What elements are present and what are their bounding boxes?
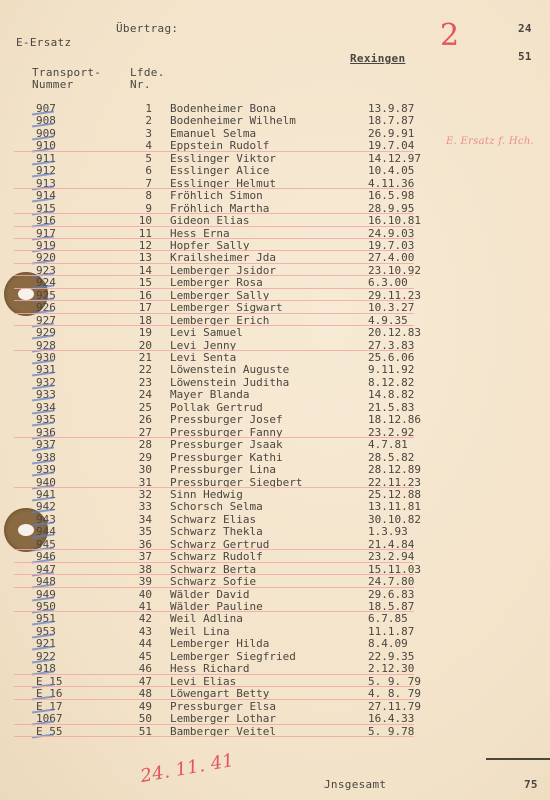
row-number: 8 <box>136 189 152 202</box>
person-name: Pressburger Lina <box>170 463 276 476</box>
section-label: E-Ersatz <box>16 36 71 49</box>
row-number: 35 <box>136 525 152 538</box>
list-row: 93930Pressburger Lina28.12.89 <box>0 463 550 475</box>
list-row: 92245Lemberger Siegfried22.9.35 <box>0 650 550 662</box>
list-row: 93223Löwenstein Juditha8.12.82 <box>0 376 550 388</box>
person-name: Pressburger Jsaak <box>170 438 283 451</box>
birth-date: 16.5.98 <box>368 189 414 202</box>
person-name: Mayer Blanda <box>170 388 249 401</box>
row-number: 25 <box>136 401 152 414</box>
ruled-line <box>14 736 414 737</box>
birth-date: 13.9.87 <box>368 102 414 115</box>
list-row: 9071Bodenheimer Bona13.9.87 <box>0 102 550 114</box>
birth-date: 25.6.06 <box>368 351 414 364</box>
birth-date: 1.3.93 <box>368 525 408 538</box>
carry-label: Übertrag: <box>116 22 178 35</box>
list-row: 93021Levi Senta25.6.06 <box>0 351 550 363</box>
person-name: Pressburger Kathi <box>170 451 283 464</box>
person-name: Lemberger Hilda <box>170 637 269 650</box>
person-name: Pollak Gertrud <box>170 401 263 414</box>
row-number: 45 <box>136 650 152 663</box>
birth-date: 18.12.86 <box>368 413 421 426</box>
list-row: 94132Sinn Hedwig25.12.88 <box>0 488 550 500</box>
birth-date: 14.8.82 <box>368 388 414 401</box>
list-row: 9115Esslinger Viktor14.12.97 <box>0 152 550 164</box>
birth-date: 21.5.83 <box>368 401 414 414</box>
birth-date: 20.12.83 <box>368 326 421 339</box>
row-number: 5 <box>136 152 152 165</box>
place-title: Rexingen <box>350 52 405 65</box>
row-number: 21 <box>136 351 152 364</box>
birth-date: 13.11.81 <box>368 500 421 513</box>
row-number: 1 <box>136 102 152 115</box>
person-name: Fröhlich Simon <box>170 189 263 202</box>
header-transport-number-line2: Nummer <box>32 78 74 91</box>
list-row: 92919Levi Samuel20.12.83 <box>0 326 550 338</box>
person-name: Levi Samuel <box>170 326 243 339</box>
row-number: 42 <box>136 612 152 625</box>
total-label: Jnsgesamt <box>324 778 386 791</box>
list-row: 94233Schorsch Selma13.11.81 <box>0 500 550 512</box>
person-name: Pressburger Elsa <box>170 700 276 713</box>
person-name: Esslinger Alice <box>170 164 269 177</box>
row-number: 26 <box>136 413 152 426</box>
row-number: 43 <box>136 625 152 638</box>
person-name: Löwenstein Juditha <box>170 376 289 389</box>
document-page: Übertrag: 24 E-Ersatz 2 Rexingen 51 E. E… <box>0 0 550 800</box>
birth-date: 29.6.83 <box>368 588 414 601</box>
total-value: 75 <box>524 778 538 791</box>
birth-date: 9.11.92 <box>368 363 414 376</box>
list-row: E 1749Pressburger Elsa27.11.79 <box>0 700 550 712</box>
person-name: Schorsch Selma <box>170 500 263 513</box>
birth-date: 11.1.87 <box>368 625 414 638</box>
row-number: 40 <box>136 588 152 601</box>
total-rule <box>486 758 550 760</box>
page-marker: 2 <box>440 18 459 53</box>
list-row: 94435Schwarz Thekla1.3.93 <box>0 525 550 537</box>
birth-date: 26.9.91 <box>368 127 414 140</box>
person-name: Wälder David <box>170 588 249 601</box>
row-number: 19 <box>136 326 152 339</box>
person-name: Emanuel Selma <box>170 127 256 140</box>
row-number: 24 <box>136 388 152 401</box>
place-count: 51 <box>518 50 532 63</box>
row-number: 22 <box>136 363 152 376</box>
birth-date: 6.7.85 <box>368 612 408 625</box>
list-row: 93829Pressburger Kathi28.5.82 <box>0 451 550 463</box>
list-row: 93122Löwenstein Auguste9.11.92 <box>0 363 550 375</box>
row-number: 3 <box>136 127 152 140</box>
person-name: Schwarz Thekla <box>170 525 263 538</box>
row-number: 29 <box>136 451 152 464</box>
row-number: 28 <box>136 438 152 451</box>
list-row: 93526Pressburger Josef18.12.86 <box>0 413 550 425</box>
row-number: 32 <box>136 488 152 501</box>
list-row: 95343Weil Lina11.1.87 <box>0 625 550 637</box>
list-row: 94940Wälder David29.6.83 <box>0 588 550 600</box>
handwritten-date: 24. 11. 41 <box>139 750 236 787</box>
birth-date: 25.12.88 <box>368 488 421 501</box>
birth-date: 8.4.09 <box>368 637 408 650</box>
birth-date: 10.4.05 <box>368 164 414 177</box>
person-name: Sinn Hedwig <box>170 488 243 501</box>
list-row: 9126Esslinger Alice10.4.05 <box>0 164 550 176</box>
person-name: Weil Lina <box>170 625 230 638</box>
row-number: 30 <box>136 463 152 476</box>
birth-date: 22.9.35 <box>368 650 414 663</box>
birth-date: 18.7.87 <box>368 114 414 127</box>
birth-date: 30.10.82 <box>368 513 421 526</box>
person-name: Weil Adlina <box>170 612 243 625</box>
list-row: 95142Weil Adlina6.7.85 <box>0 612 550 624</box>
birth-date: 28.5.82 <box>368 451 414 464</box>
person-name: Esslinger Viktor <box>170 152 276 165</box>
carry-value: 24 <box>518 22 532 35</box>
row-number: 23 <box>136 376 152 389</box>
person-name: Bodenheimer Bona <box>170 102 276 115</box>
person-name: Levi Senta <box>170 351 236 364</box>
row-number: 34 <box>136 513 152 526</box>
row-number: 6 <box>136 164 152 177</box>
birth-date: 28.12.89 <box>368 463 421 476</box>
list-row: 9148Fröhlich Simon16.5.98 <box>0 189 550 201</box>
row-number: 44 <box>136 637 152 650</box>
person-name: Schwarz Elias <box>170 513 256 526</box>
list-row: 93425Pollak Gertrud21.5.83 <box>0 401 550 413</box>
list-row: 9093Emanuel Selma26.9.91 <box>0 127 550 139</box>
person-name: Lemberger Siegfried <box>170 650 296 663</box>
person-name: Bodenheimer Wilhelm <box>170 114 296 127</box>
birth-date: 27.11.79 <box>368 700 421 713</box>
person-name: Pressburger Josef <box>170 413 283 426</box>
list-row: 9082Bodenheimer Wilhelm18.7.87 <box>0 114 550 126</box>
header-row-number-line2: Nr. <box>130 78 151 91</box>
birth-date: 4.7.81 <box>368 438 408 451</box>
list-row: 92144Lemberger Hilda8.4.09 <box>0 637 550 649</box>
row-number: 33 <box>136 500 152 513</box>
list-row: 93728Pressburger Jsaak4.7.81 <box>0 438 550 450</box>
list-row: 94334Schwarz Elias30.10.82 <box>0 513 550 525</box>
birth-date: 8.12.82 <box>368 376 414 389</box>
person-name: Löwenstein Auguste <box>170 363 289 376</box>
list-row: 93324Mayer Blanda14.8.82 <box>0 388 550 400</box>
row-number: 2 <box>136 114 152 127</box>
birth-date: 14.12.97 <box>368 152 421 165</box>
row-number: 49 <box>136 700 152 713</box>
